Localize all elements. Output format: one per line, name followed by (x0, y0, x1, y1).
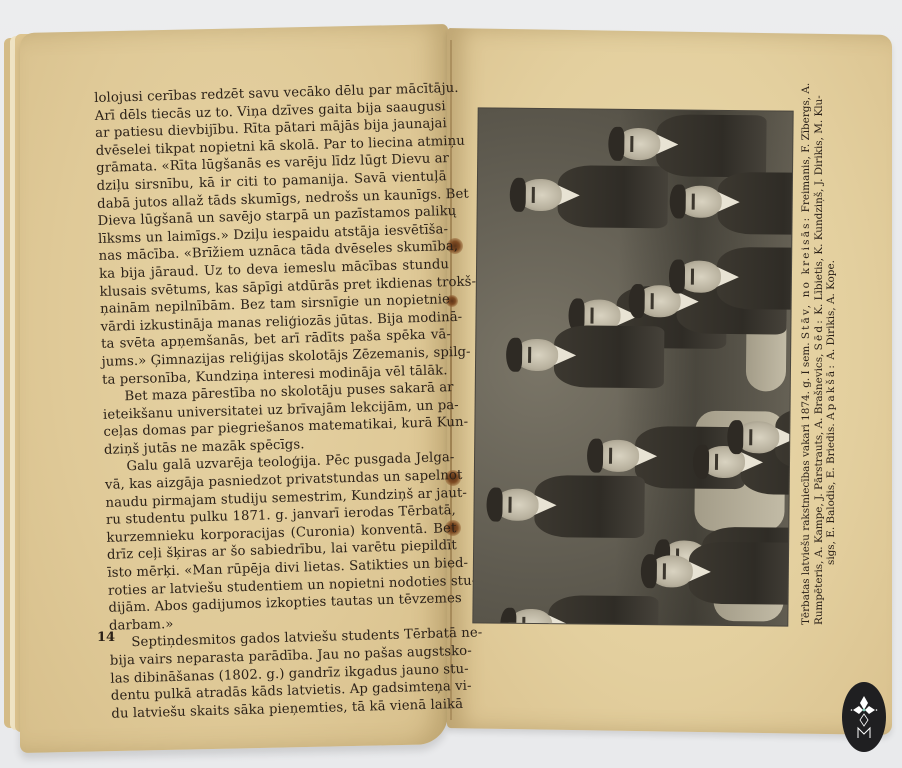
caption-spaced-label: Apakšā: (825, 363, 837, 420)
photo-figure-eyes (532, 187, 539, 203)
photo-figure-eyes (715, 454, 722, 470)
photo-figure-hair (727, 420, 743, 454)
photo-figure-eyes (528, 347, 535, 363)
photo-figure-hair (641, 554, 657, 588)
photo-caption: Tērbatas latviešu rakstniecības vakari 1… (800, 110, 838, 625)
photo-figure-eyes (651, 293, 658, 309)
photo-figure-eyes (609, 448, 616, 464)
group-photograph (473, 108, 792, 625)
caption-names: A. Dirikis, A. Kope. (825, 260, 837, 360)
caption-line-2: Rumpēteris, A. Kampe, J. Pārstrauts, A. … (813, 110, 826, 625)
caption-names: K. Lībietis, K. Kundziņš, J. Dirikis, M.… (813, 95, 825, 315)
photo-figure-hair (608, 127, 624, 161)
floral-m-monogram-icon (849, 692, 879, 742)
caption-spaced-label: Sēd: (813, 318, 825, 350)
photo-figure-eyes (590, 308, 597, 324)
caption-line-3: sigs, E. Balodis, E. Briedis. Apakšā: A.… (825, 110, 838, 625)
photo-figure-eyes (663, 563, 670, 579)
photo-figure-body (548, 595, 659, 626)
photo-figure-eyes (749, 429, 756, 445)
photo-figure-hair (486, 487, 502, 521)
body-text: lolojusi cerības redzēt savu vecāko dēlu… (94, 80, 462, 723)
photo-figure-hair (629, 284, 645, 318)
caption-names: sigs, E. Balodis, E. Briedis. (825, 423, 837, 565)
photo-figure-eyes (508, 497, 515, 513)
photo-figure-hair (669, 259, 685, 293)
photo-figure-hair (506, 338, 522, 372)
watermark-logo (842, 682, 886, 752)
caption-names: Rumpēteris, A. Kampe, J. Pārstrauts, A. … (813, 354, 825, 625)
open-book: lolojusi cerības redzēt savu vecāko dēlu… (0, 0, 902, 768)
caption-spaced-label: Stāv, no kreisās: (800, 216, 812, 339)
page-number: 14 (97, 630, 115, 645)
photo-figure-hair (670, 184, 686, 218)
caption-line-1: Tērbatas latviešu rakstniecības vakari 1… (800, 110, 813, 625)
caption-names: Freimanis, F. Zībergs, A. (800, 83, 812, 213)
caption-text: Tērbatas latviešu rakstniecības vakari 1… (800, 342, 812, 625)
photo-figure-eyes (692, 194, 699, 210)
photo-figure-eyes (630, 136, 637, 152)
photo-figure-hair (693, 445, 709, 479)
photo-figure-hair (510, 178, 526, 212)
photo-figure-eyes (691, 269, 698, 285)
photo-figure-hair (587, 439, 603, 473)
